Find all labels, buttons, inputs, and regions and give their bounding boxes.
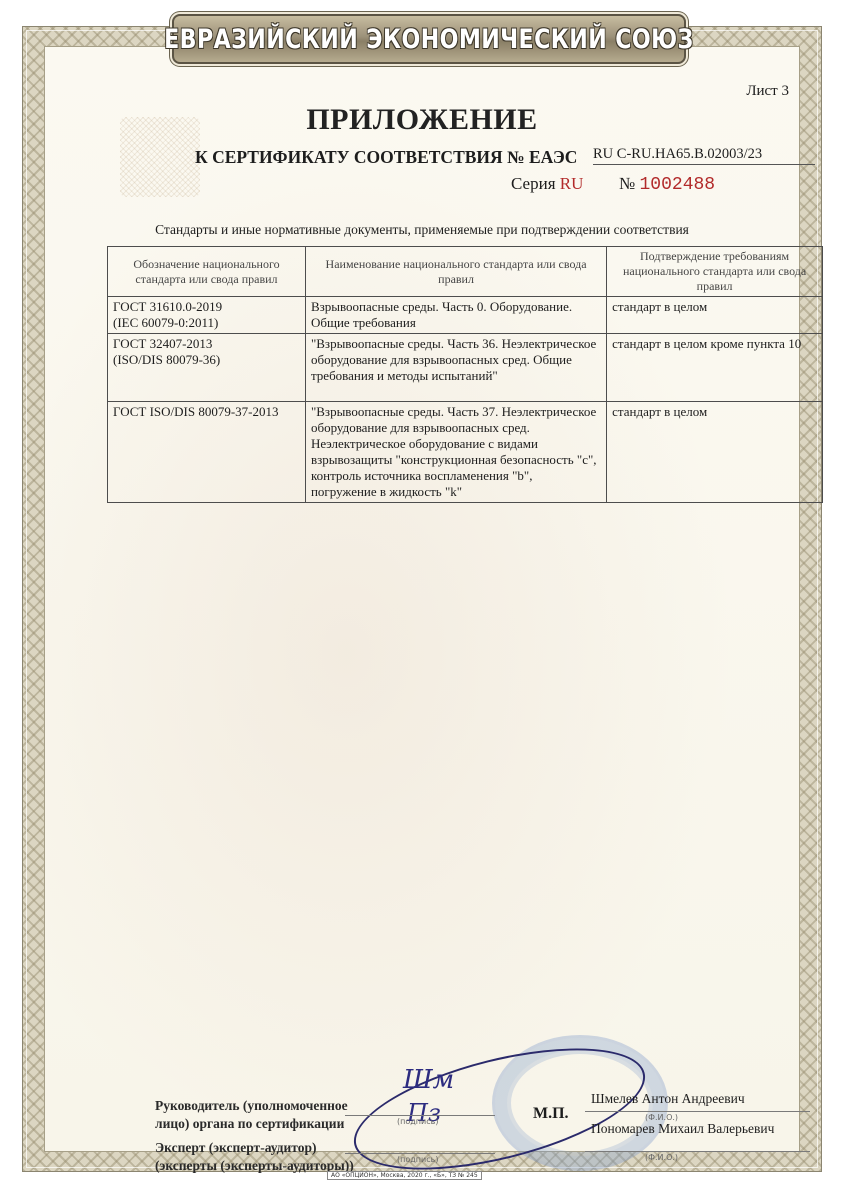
head-name-line [585,1111,810,1112]
series: Серия RU [511,174,583,194]
cell-name: Взрывоопасные среды. Часть 0. Оборудован… [305,297,606,334]
cell-name: "Взрывоопасные среды. Часть 37. Неэлектр… [305,402,606,503]
expert-fio-caption: (Ф.И.О.) [645,1153,678,1162]
cell-name: "Взрывоопасные среды. Часть 36. Неэлектр… [305,334,606,402]
column-header-designation: Обозначение национального стандарта или … [108,247,306,297]
head-signature-line [345,1115,495,1116]
table-row: ГОСТ 31610.0-2019 (IEC 60079-0:2011) Взр… [108,297,823,334]
certificate-sheet: Лист 3 ПРИЛОЖЕНИЕ К СЕРТИФИКАТУ СООТВЕТС… [22,26,822,1172]
cell-confirmation: стандарт в целом кроме пункта 10 [607,334,823,402]
table-caption: Стандарты и иные нормативные документы, … [45,222,799,238]
expert-label: Эксперт (эксперт-аудитор) (эксперты (экс… [155,1139,365,1175]
column-header-confirmation: Подтверждение требованиям национального … [607,247,823,297]
blank-number: № 1002488 [619,174,715,195]
sheet-number: Лист 3 [746,83,789,100]
table-header-row: Обозначение национального стандарта или … [108,247,823,297]
document-title: ПРИЛОЖЕНИЕ [45,103,799,137]
head-name: Шмелев Антон Андреевич [591,1091,745,1107]
banner-text: ЕВРАЗИЙСКИЙ ЭКОНОМИЧЕСКИЙ СОЮЗ [164,24,694,55]
cell-designation: ГОСТ 31610.0-2019 (IEC 60079-0:2011) [108,297,306,334]
seal-label: М.П. [533,1105,569,1123]
series-value: RU [560,174,584,193]
expert-signature-caption: (подпись) [397,1155,438,1164]
series-label: Серия [511,174,556,193]
head-signature: Шм [403,1065,454,1095]
cell-designation: ГОСТ ISO/DIS 80079-37-2013 [108,402,306,503]
printer-mark: АО «ОПЦИОН», Москва, 2020 г., «Б», ТЗ № … [327,1171,482,1180]
cert-prefix: К СЕРТИФИКАТУ СООТВЕТСТВИЯ № ЕАЭС [195,147,577,168]
blank-no-value: 1002488 [639,175,715,195]
blank-no-label: № [619,174,635,193]
expert-name: Пономарев Михаил Валерьевич [591,1121,774,1137]
cert-number: RU C-RU.НА65.В.02003/23 [593,146,815,165]
table-row: ГОСТ ISO/DIS 80079-37-2013 "Взрывоопасны… [108,402,823,503]
expert-name-line [585,1151,810,1152]
head-label: Руководитель (уполномоченное лицо) орган… [155,1097,355,1133]
document-body: Лист 3 ПРИЛОЖЕНИЕ К СЕРТИФИКАТУ СООТВЕТС… [44,46,800,1152]
column-header-name: Наименование национального стандарта или… [305,247,606,297]
expert-signature-line [345,1153,495,1154]
table-row: ГОСТ 32407-2013 (ISO/DIS 80079-36) "Взры… [108,334,823,402]
title-banner: ЕВРАЗИЙСКИЙ ЭКОНОМИЧЕСКИЙ СОЮЗ [172,14,686,64]
cell-confirmation: стандарт в целом [607,402,823,503]
head-signature-caption: (подпись) [397,1117,438,1126]
cell-designation: ГОСТ 32407-2013 (ISO/DIS 80079-36) [108,334,306,402]
cell-confirmation: стандарт в целом [607,297,823,334]
standards-table: Обозначение национального стандарта или … [107,246,823,503]
